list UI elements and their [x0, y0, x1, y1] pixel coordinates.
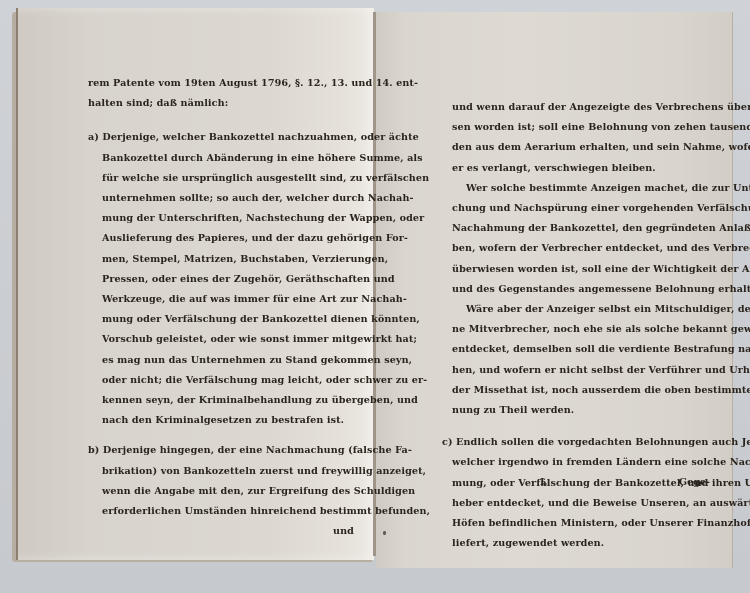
text-line: mung der Unterschriften, Nachstechung de…: [102, 209, 354, 229]
text-line: welcher irgendwo in fremden Ländern eine…: [452, 453, 714, 473]
text-line: Endlich sollen die vorgedachten Belohnun…: [456, 437, 750, 448]
text-line: Höfen befindlichen Ministern, oder Unser…: [452, 514, 714, 534]
item-a-first-line: a) Derjenige, welcher Bankozettel nachzu…: [88, 128, 354, 148]
text-line: unternehmen sollte; so auch der, welcher…: [102, 189, 354, 209]
text-line: der Missethat ist, noch ausserdem die ob…: [452, 381, 714, 401]
text-line: nung zu Theil werden.: [452, 401, 714, 421]
text-line: Derjenige hingegen, der eine Nachmachung…: [103, 445, 412, 456]
catchword: Gege-: [679, 477, 710, 488]
text-line: überwiesen worden ist, soll eine der Wic…: [452, 260, 714, 280]
text-line: sen worden ist; soll eine Belohnung von …: [452, 118, 714, 138]
left-page-text: rem Patente vom 19ten August 1796, §. 12…: [88, 74, 354, 542]
text-line: entdecket, demselben soll die verdiente …: [452, 340, 714, 360]
text-line: Pressen, oder eines der Zugehör, Geräths…: [102, 270, 354, 290]
spacer: [88, 114, 354, 128]
text-line: wenn die Angabe mit den, zur Ergreifung …: [102, 482, 354, 502]
text-line: brikation) von Bankozetteln zuerst und f…: [102, 462, 354, 482]
text-line: Bankozettel durch Abänderung in eine höh…: [102, 149, 354, 169]
item-a-body: Bankozettel durch Abänderung in eine höh…: [88, 149, 354, 432]
text-line: Vorschub geleistet, oder wie sonst immer…: [102, 330, 354, 350]
item-b-first-line: b) Derjenige hingegen, der eine Nachmach…: [88, 441, 354, 461]
text-line: liefert, zugewendet werden.: [452, 534, 714, 554]
text-line: ne Mitverbrecher, noch ehe sie als solch…: [452, 320, 714, 340]
ink-spot: [383, 531, 386, 535]
right-page-footer: L Gege-: [540, 477, 710, 497]
text-line: Auslieferung des Papieres, und der dazu …: [102, 229, 354, 249]
spacer: [452, 421, 714, 433]
text-line: er es verlangt, verschwiegen bleiben.: [452, 159, 714, 179]
text-line: nach den Kriminalgesetzen zu bestrafen i…: [102, 411, 354, 431]
item-marker: c): [442, 437, 453, 448]
spacer: [88, 431, 354, 441]
item-marker: b): [88, 445, 99, 456]
item-c-first-line: c) Endlich sollen die vorgedachten Beloh…: [442, 433, 714, 453]
item-b-body: brikation) von Bankozetteln zuerst und f…: [88, 462, 354, 543]
text-line: Werkzeuge, die auf was immer für eine Ar…: [102, 290, 354, 310]
text-line: für welche sie ursprünglich ausgestellt …: [102, 169, 354, 189]
text-line: den aus dem Aerarium erhalten, und sein …: [452, 138, 714, 158]
text-line: es mag nun das Unternehmen zu Stand geko…: [102, 351, 354, 371]
text-line: ben, wofern der Verbrecher entdecket, un…: [452, 239, 714, 259]
text-line: kennen seyn, der Kriminalbehandlung zu ü…: [102, 391, 354, 411]
text-line: rem Patente vom 19ten August 1796, §. 12…: [88, 74, 354, 94]
text-line: Wäre aber der Anzeiger selbst ein Mitsch…: [452, 300, 714, 320]
text-line: men, Stempel, Matrizen, Buchstaben, Verz…: [102, 250, 354, 270]
text-line: Derjenige, welcher Bankozettel nachzuahm…: [102, 132, 418, 143]
text-line: hen, und wofern er nicht selbst der Verf…: [452, 361, 714, 381]
text-line: und wenn darauf der Angezeigte des Verbr…: [452, 98, 714, 118]
text-line: Wer solche bestimmte Anzeigen machet, di…: [452, 179, 714, 199]
text-line: und des Gegenstandes angemessene Belohnu…: [452, 280, 714, 300]
text-line: oder nicht; die Verfälschung mag leicht,…: [102, 371, 354, 391]
text-line: mung oder Verfälschung der Bankozettel d…: [102, 310, 354, 330]
text-line: erforderlichen Umständen hinreichend bes…: [102, 502, 354, 522]
signature-mark: L: [540, 477, 547, 488]
text-line: halten sind; daß nämlich:: [88, 94, 354, 114]
catchword: und: [102, 522, 354, 542]
text-line: Nachahmung der Bankozettel, den gegründe…: [452, 219, 714, 239]
item-marker: a): [88, 132, 99, 143]
text-line: chung und Nachspürung einer vorgehenden …: [452, 199, 714, 219]
